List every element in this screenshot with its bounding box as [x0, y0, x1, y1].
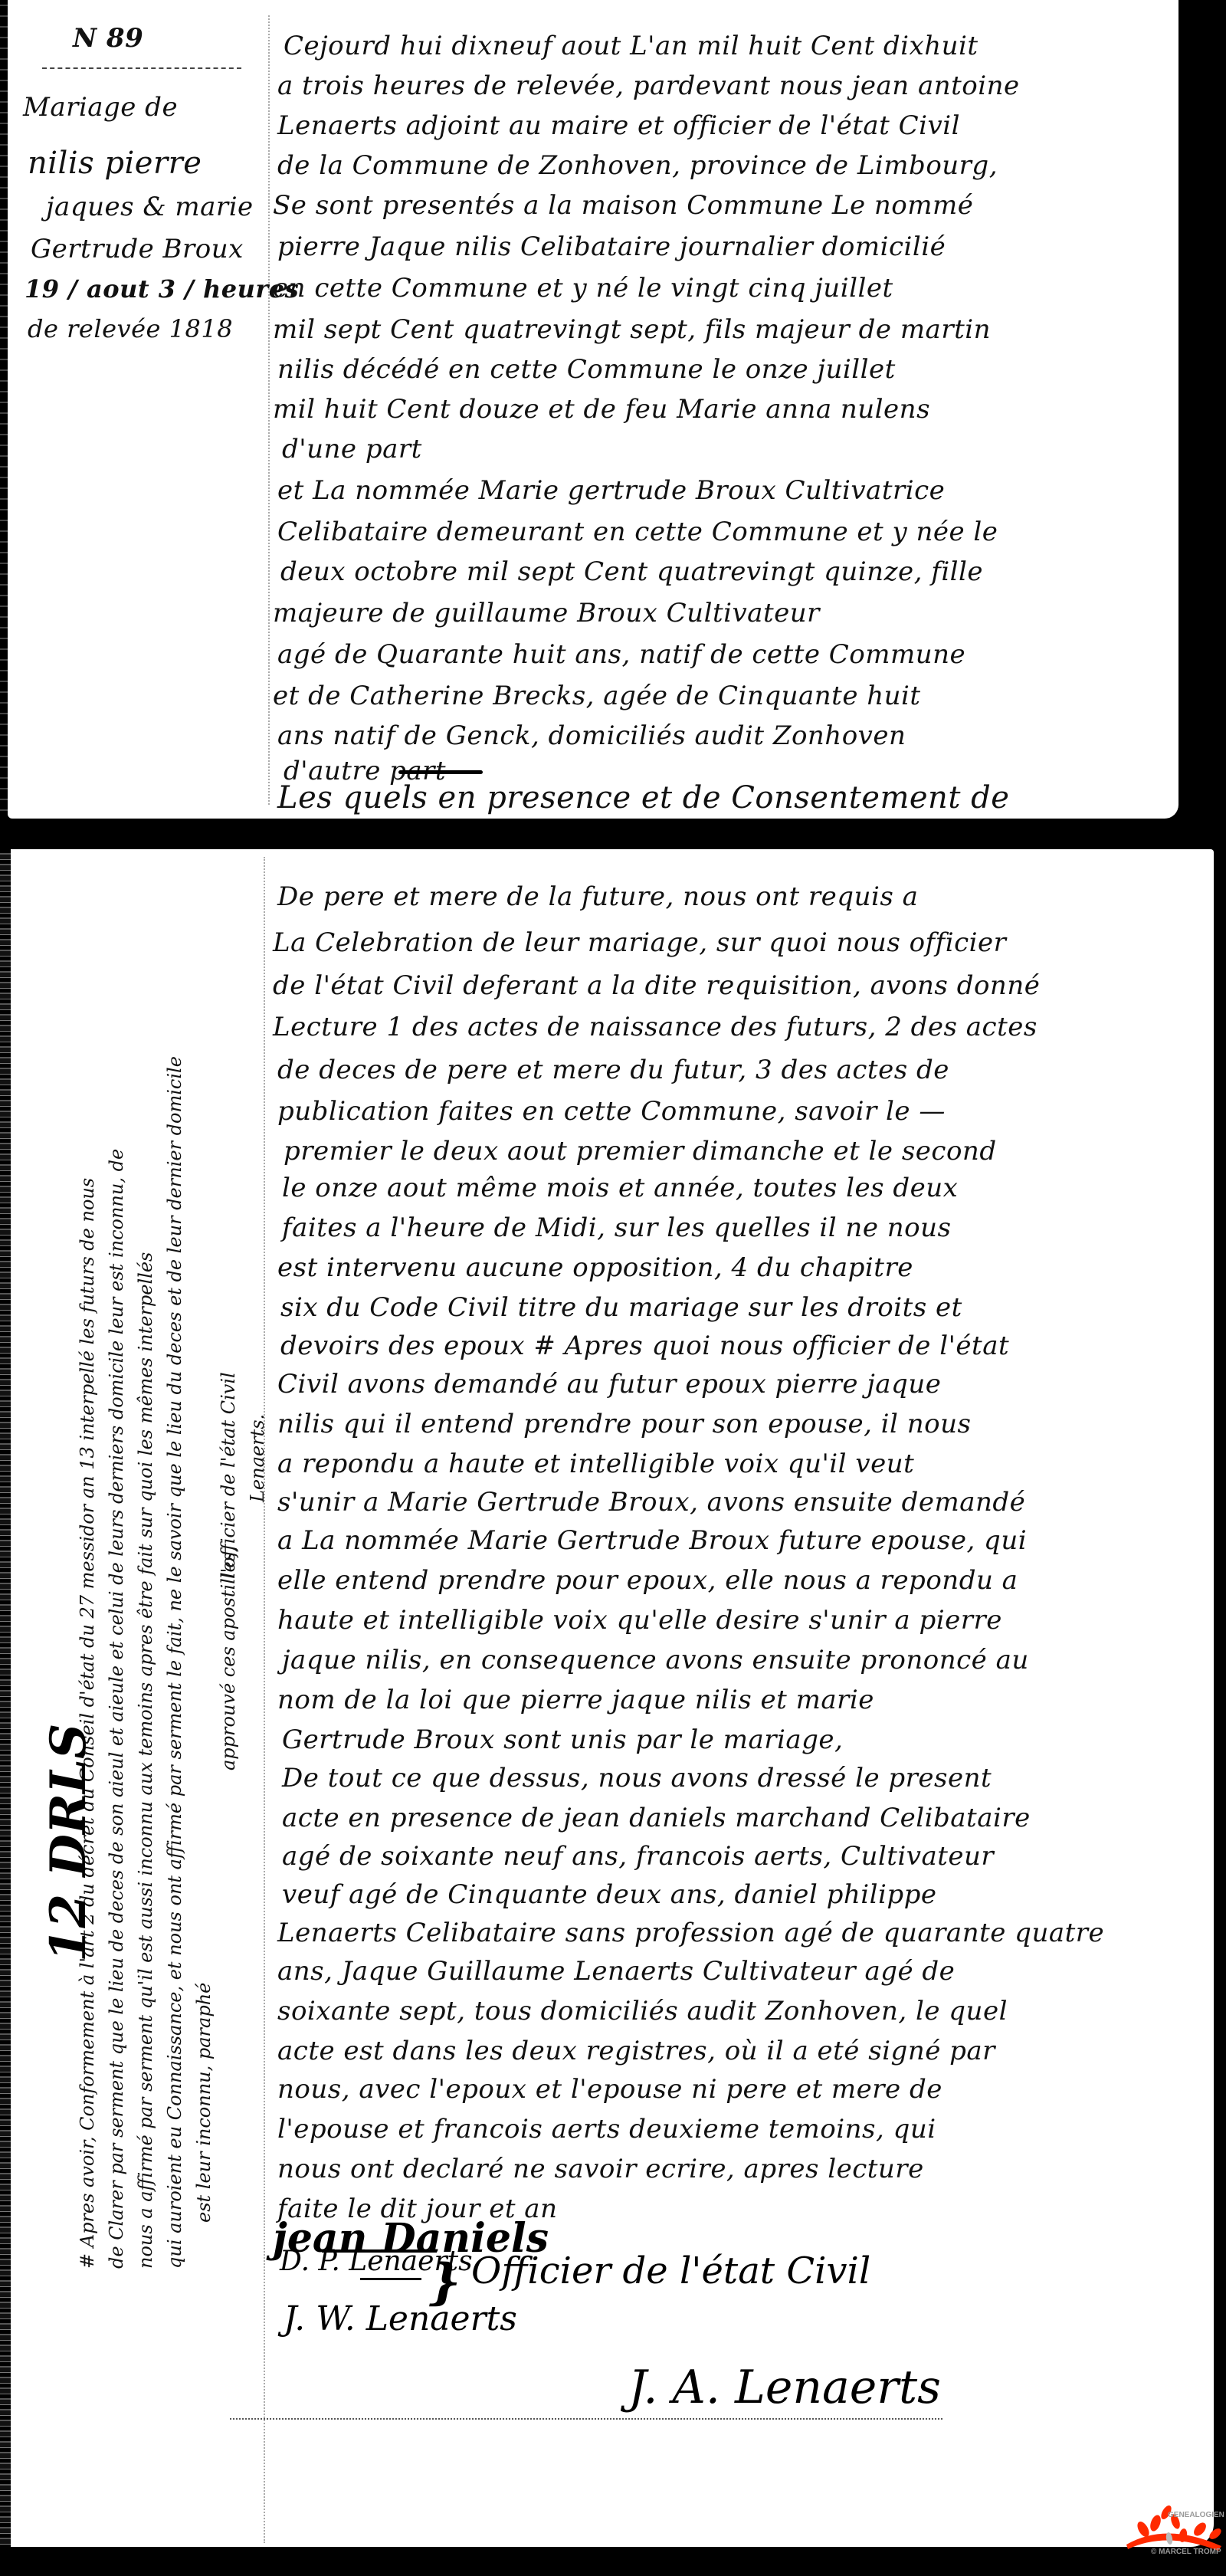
text-line: nom de la loi que pierre jaque nilis et … — [277, 1685, 874, 1715]
text-line: agé de soixante neuf ans, francois aerts… — [282, 1841, 994, 1872]
text-line: Celibataire demeurant en cette Commune e… — [277, 517, 998, 547]
text-line: est intervenu aucune opposition, 4 du ch… — [277, 1252, 913, 1283]
signature-line — [230, 2418, 942, 2420]
text-line: acte est dans les deux registres, où il … — [277, 2036, 995, 2066]
margin-line: nilis pierre — [28, 146, 202, 181]
annotation-line: qui auroient eu Connaissance, et nous on… — [164, 889, 193, 2269]
text-line: six du Code Civil titre du mariage sur l… — [280, 1292, 962, 1323]
entry-number-underline — [42, 67, 241, 69]
annotation-line: de Clarer par serment que le lieu de dec… — [106, 889, 135, 2269]
margin-annotation: # Apres avoir, Conformement à l'art 2 du… — [77, 889, 276, 2269]
text-line: faites a l'heure de Midi, sur les quelle… — [282, 1213, 951, 1243]
text-line: pierre Jaque nilis Celibataire journalie… — [277, 231, 946, 262]
text-line: a La nommée Marie Gertrude Broux future … — [277, 1525, 1027, 1556]
text-line: Se sont presentés a la maison Commune Le… — [273, 190, 973, 221]
text-line: a repondu a haute et intelligible voix q… — [277, 1449, 914, 1479]
text-line: publication faites en cette Commune, sav… — [277, 1096, 946, 1127]
text-line: soixante sept, tous domiciliés audit Zon… — [277, 1996, 1008, 2026]
text-line: de l'état Civil deferant a la dite requi… — [273, 970, 1040, 1001]
watermark-logo: GENEALOGIEN © MARCEL TROMP — [1120, 2500, 1226, 2561]
text-line: et La nommée Marie gertrude Broux Cultiv… — [277, 475, 945, 506]
entry-number: N 89 — [73, 23, 143, 54]
margin-line: de relevée 1818 — [28, 314, 233, 343]
margin-line: 19 / aout 3 / heures — [25, 274, 299, 304]
text-line: De pere et mere de la future, nous ont r… — [277, 881, 918, 912]
text-line: acte en presence de jean daniels marchan… — [282, 1803, 1031, 1833]
margin-rule — [268, 15, 270, 805]
text-line: Les quels en presence et de Consentement… — [277, 780, 1009, 815]
text-line: de la Commune de Zonhoven, province de L… — [277, 150, 998, 181]
text-line: devoirs des epoux # Apres quoi nous offi… — [280, 1331, 1009, 1361]
signature-witness-3: J. W. Lenaerts — [284, 2299, 517, 2338]
text-line: le onze aout même mois et année, toutes … — [282, 1173, 958, 1203]
text-line: en cette Commune et y né le vingt cinq j… — [273, 273, 893, 304]
text-line: deux octobre mil sept Cent quatrevingt q… — [280, 556, 983, 587]
text-line: Gertrude Broux sont unis par le mariage, — [282, 1724, 843, 1755]
annotation-line: nous a affirmé par serment qu'il est aus… — [135, 889, 164, 2269]
text-line: elle entend prendre pour epoux, elle nou… — [277, 1565, 1018, 1596]
margin-line: jaques & marie — [46, 192, 254, 222]
signature-officer: J. A. Lenaerts — [628, 2361, 941, 2414]
text-line: ans natif de Genck, domiciliés audit Zon… — [277, 720, 906, 751]
margin-line: Gertrude Broux — [31, 234, 244, 264]
text-line: nilis qui il entend prendre pour son epo… — [277, 1409, 971, 1439]
text-line: a trois heures de relevée, pardevant nou… — [277, 71, 1020, 101]
text-line: nous ont declaré ne savoir ecrire, apres… — [277, 2154, 924, 2184]
text-line: mil sept Cent quatrevingt sept, fils maj… — [273, 314, 991, 345]
text-line: l'epouse et francois aerts deuxieme temo… — [277, 2114, 936, 2144]
text-line: premier le deux aout premier dimanche et… — [284, 1136, 997, 1167]
text-line: Lenaerts adjoint au maire et officier de… — [277, 110, 960, 141]
text-line: De tout ce que dessus, nous avons dressé… — [282, 1763, 992, 1793]
margin-line: Mariage de — [23, 92, 178, 123]
watermark-top-text: GENEALOGIEN — [1168, 2511, 1224, 2519]
text-line: mil huit Cent douze et de feu Marie anna… — [273, 394, 930, 425]
text-line: majeure de guillaume Broux Cultivateur — [273, 598, 820, 628]
officer-label: Officier de l'état Civil — [471, 2249, 870, 2292]
text-line: jaque nilis, en consequence avons ensuit… — [282, 1645, 1029, 1675]
text-line: Lenaerts Celibataire sans profession agé… — [277, 1918, 1104, 1948]
watermark-bottom-text: © MARCEL TROMP — [1151, 2548, 1221, 2556]
text-line: d'une part — [282, 434, 422, 464]
text-line: et de Catherine Brecks, agée de Cinquant… — [273, 681, 921, 711]
margin-paraph: 12 DRLS — [40, 1724, 97, 1962]
text-line: s'unir a Marie Gertrude Broux, avons ens… — [277, 1487, 1025, 1518]
annotation-line: Lenaerts. — [247, 889, 276, 2269]
text-line: La Celebration de leur mariage, sur quoi… — [273, 927, 1006, 958]
line-filler-stroke — [398, 770, 483, 774]
annotation-line: # Apres avoir, Conformement à l'art 2 du… — [77, 889, 106, 2269]
brace-mark: } — [429, 2253, 461, 2311]
text-line: ans, Jaque Guillaume Lenaerts Cultivateu… — [277, 1956, 955, 1987]
text-line: agé de Quarante huit ans, natif de cette… — [277, 639, 965, 670]
text-line: Civil avons demandé au futur epoux pierr… — [277, 1369, 941, 1400]
text-line: Lecture 1 des actes de naissance des fut… — [273, 1012, 1038, 1042]
text-line: haute et intelligible voix qu'elle desir… — [277, 1605, 1002, 1636]
text-line: veuf agé de Cinquante deux ans, daniel p… — [282, 1879, 937, 1910]
text-line: nous, avec l'epoux et l'epouse ni pere e… — [277, 2074, 942, 2105]
text-line: Cejourd hui dixneuf aout L'an mil huit C… — [284, 31, 979, 61]
text-line: nilis décédé en cette Commune le onze ju… — [277, 354, 896, 385]
signature-underline — [360, 2278, 421, 2280]
text-line: de deces de pere et mere du futur, 3 des… — [277, 1055, 949, 1085]
